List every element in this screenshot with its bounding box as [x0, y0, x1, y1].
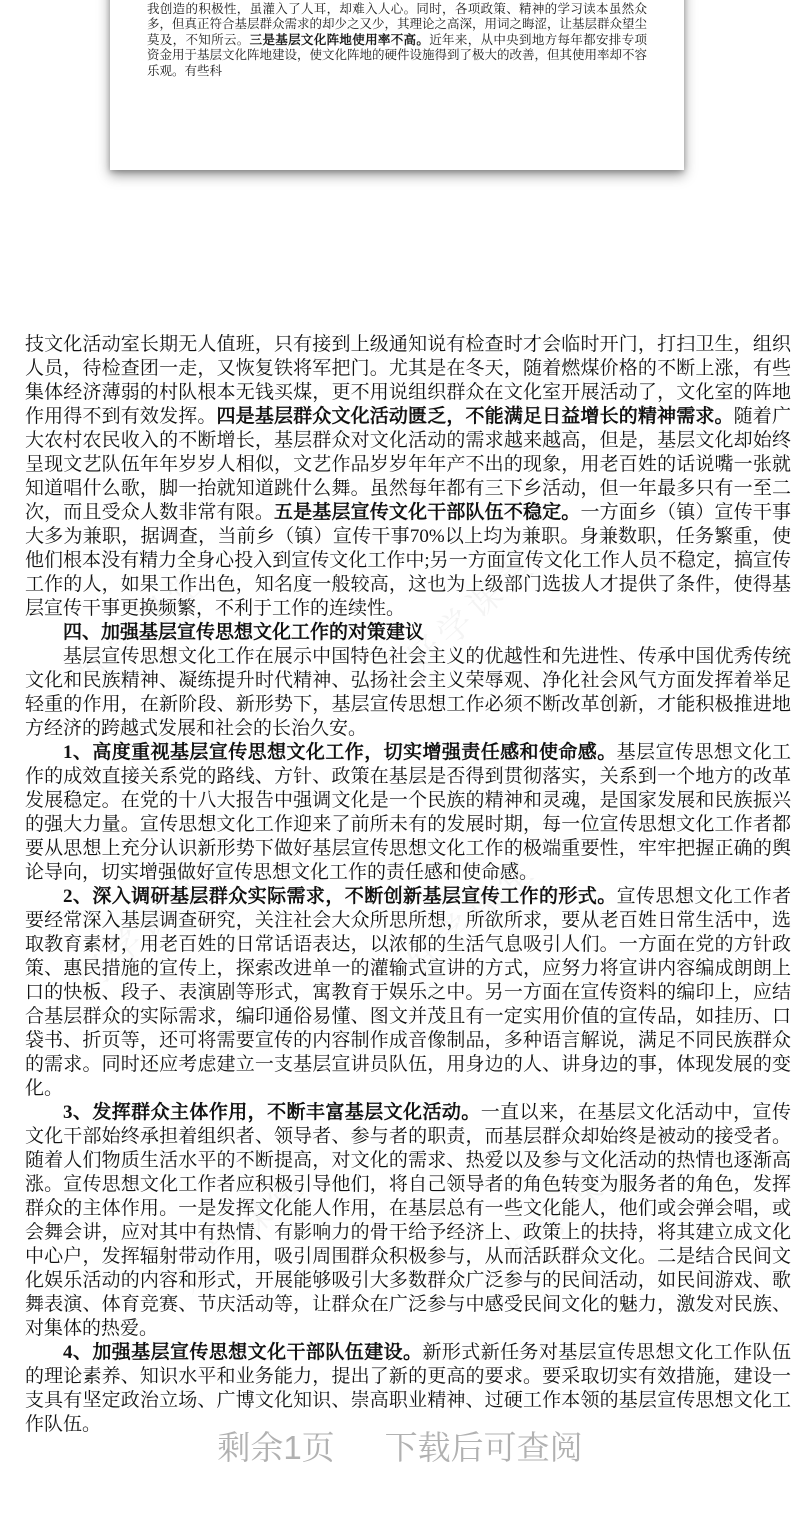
text-run: 宣传思想文化工作者要经常深入基层调查研究，关注社会大众所思所想，所欲所求，要从老…: [25, 886, 791, 1099]
download-to-view-hint: 下载后可查阅: [385, 1429, 583, 1466]
preview-paragraph: 我创造的积极性，虽灌入了人耳，却难入人心。同时，各项政策、精神的学习读本虽然众多…: [147, 2, 647, 79]
section-heading: 四、加强基层宣传思想文化工作的对策建议: [25, 621, 791, 645]
document-body: 技文化活动室长期无人值班，只有接到上级通知说有检查时才会临时开门，打扫卫生，组织…: [25, 333, 791, 1437]
bold-run-measure-1: 1、高度重视基层宣传思想文化工作，切实增强责任感和使命感。: [63, 742, 617, 763]
text-run: 基层宣传思想文化工作的成效直接关系党的路线、方针、政策在基层是否得到贯彻落实，关…: [25, 742, 791, 883]
text-run: 一直以来，在基层文化活动中，宣传文化干部始终承担着组织者、领导者、参与者的职责，…: [25, 1102, 791, 1339]
paragraph-section-intro: 基层宣传思想文化工作在展示中国特色社会主义的优越性和先进性、传承中国优秀传统文化…: [25, 645, 791, 741]
remaining-pages-notice: 剩余1页下载后可查阅: [0, 1422, 800, 1469]
bold-run-problem-4: 四是基层群众文化活动匮乏，不能满足日益增长的精神需求。: [217, 406, 734, 427]
paragraph-measure-2: 2、深入调研基层群众实际需求，不断创新基层宣传工作的形式。宣传思想文化工作者要经…: [25, 885, 791, 1101]
preview-bold-run: 三是基层文化阵地使用率不高。: [250, 33, 430, 47]
section-heading-text: 四、加强基层宣传思想文化工作的对策建议: [63, 622, 424, 643]
document-preview-page: { "colors": { "page_background": "#fffff…: [0, 0, 800, 1525]
bold-run-measure-2: 2、深入调研基层群众实际需求，不断创新基层宣传工作的形式。: [63, 886, 617, 907]
paragraph-measure-3: 3、发挥群众主体作用，不断丰富基层文化活动。一直以来，在基层文化活动中，宣传文化…: [25, 1101, 791, 1341]
bold-run-problem-5: 五是基层宣传文化干部队伍不稳定。: [274, 502, 580, 523]
previous-page-preview-card: 我创造的积极性，虽灌入了人耳，却难入人心。同时，各项政策、精神的学习读本虽然众多…: [110, 0, 684, 170]
bold-run-measure-3: 3、发挥群众主体作用，不断丰富基层文化活动。: [63, 1102, 481, 1123]
remaining-pages-count: 剩余1页: [217, 1429, 334, 1466]
bold-run-measure-4: 4、加强基层宣传思想文化干部队伍建设。: [63, 1342, 422, 1363]
paragraph-problems-continued: 技文化活动室长期无人值班，只有接到上级通知说有检查时才会临时开门，打扫卫生，组织…: [25, 333, 791, 621]
paragraph-measure-1: 1、高度重视基层宣传思想文化工作，切实增强责任感和使命感。基层宣传思想文化工作的…: [25, 741, 791, 885]
